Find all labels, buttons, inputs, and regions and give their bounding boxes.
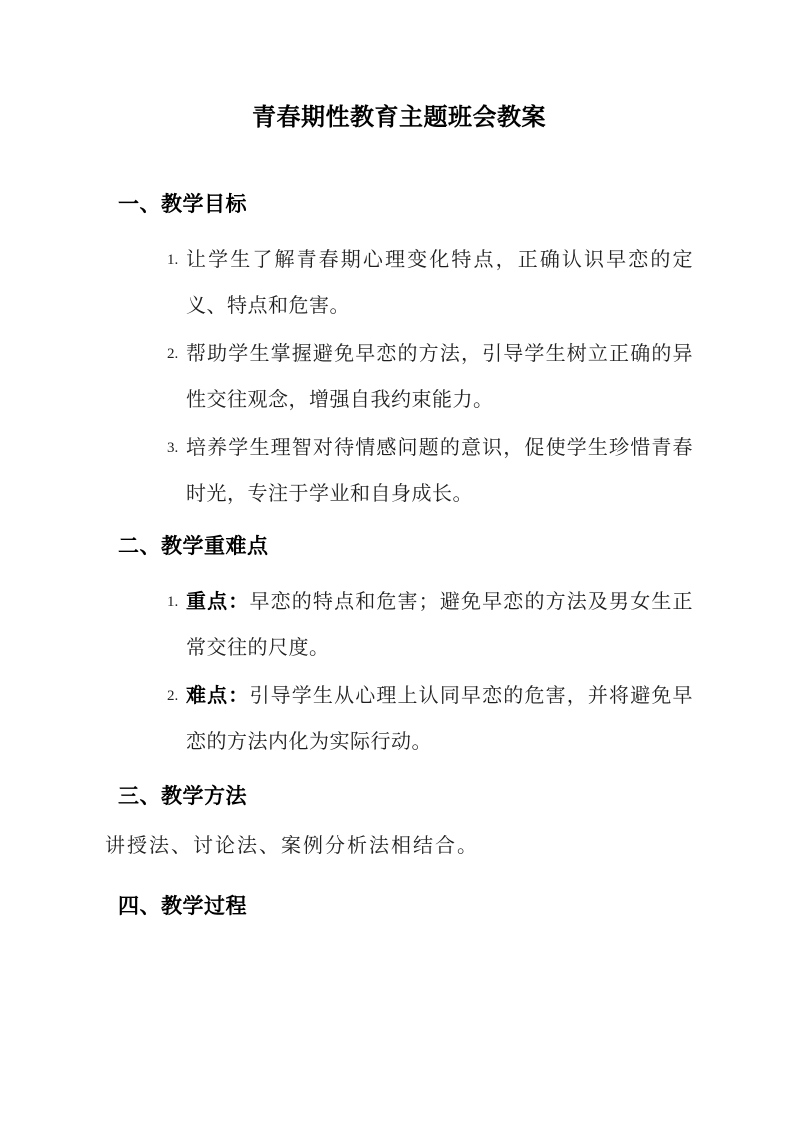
teaching-methods-paragraph: 讲授法、讨论法、案例分析法相结合。 [105, 823, 693, 869]
list-item-number: 1. [167, 579, 186, 625]
list-item-number: 3. [167, 425, 186, 471]
teaching-objectives-list: 1.让学生了解青春期心理变化特点，正确认识早恋的定义、特点和危害。 2.帮助学生… [105, 237, 693, 517]
key-difficult-points-list: 1.重点：早恋的特点和危害；避免早恋的方法及男女生正常交往的尺度。 2.难点：引… [105, 579, 693, 765]
list-item: 1.让学生了解青春期心理变化特点，正确认识早恋的定义、特点和危害。 [105, 237, 693, 329]
list-item-text: 培养学生理智对待情感问题的意识，促使学生珍惜青春时光，专注于学业和自身成长。 [186, 437, 693, 505]
section-heading-teaching-methods: 三、教学方法 [118, 781, 693, 811]
document-page: 青春期性教育主题班会教案 一、教学目标 1.让学生了解青春期心理变化特点，正确认… [0, 0, 793, 1122]
list-item-text: 早恋的特点和危害；避免早恋的方法及男女生正常交往的尺度。 [186, 591, 693, 659]
section-heading-teaching-process: 四、教学过程 [118, 891, 693, 921]
list-item-number: 1. [167, 237, 186, 283]
list-item-number: 2. [167, 673, 186, 719]
section-heading-key-difficult-points: 二、教学重难点 [118, 531, 693, 561]
list-item: 3.培养学生理智对待情感问题的意识，促使学生珍惜青春时光，专注于学业和自身成长。 [105, 425, 693, 517]
document-title: 青春期性教育主题班会教案 [105, 101, 693, 135]
list-item-text: 引导学生从心理上认同早恋的危害，并将避免早恋的方法内化为实际行动。 [186, 685, 693, 753]
list-item-bold-label: 难点： [186, 685, 249, 707]
list-item: 1.重点：早恋的特点和危害；避免早恋的方法及男女生正常交往的尺度。 [105, 579, 693, 671]
list-item-text: 帮助学生掌握避免早恋的方法，引导学生树立正确的异性交往观念，增强自我约束能力。 [186, 343, 693, 411]
list-item-text: 让学生了解青春期心理变化特点，正确认识早恋的定义、特点和危害。 [186, 249, 693, 317]
list-item-number: 2. [167, 331, 186, 377]
section-heading-teaching-objectives: 一、教学目标 [118, 189, 693, 219]
list-item-bold-label: 重点： [186, 591, 249, 613]
list-item: 2.难点：引导学生从心理上认同早恋的危害，并将避免早恋的方法内化为实际行动。 [105, 673, 693, 765]
list-item: 2.帮助学生掌握避免早恋的方法，引导学生树立正确的异性交往观念，增强自我约束能力… [105, 331, 693, 423]
